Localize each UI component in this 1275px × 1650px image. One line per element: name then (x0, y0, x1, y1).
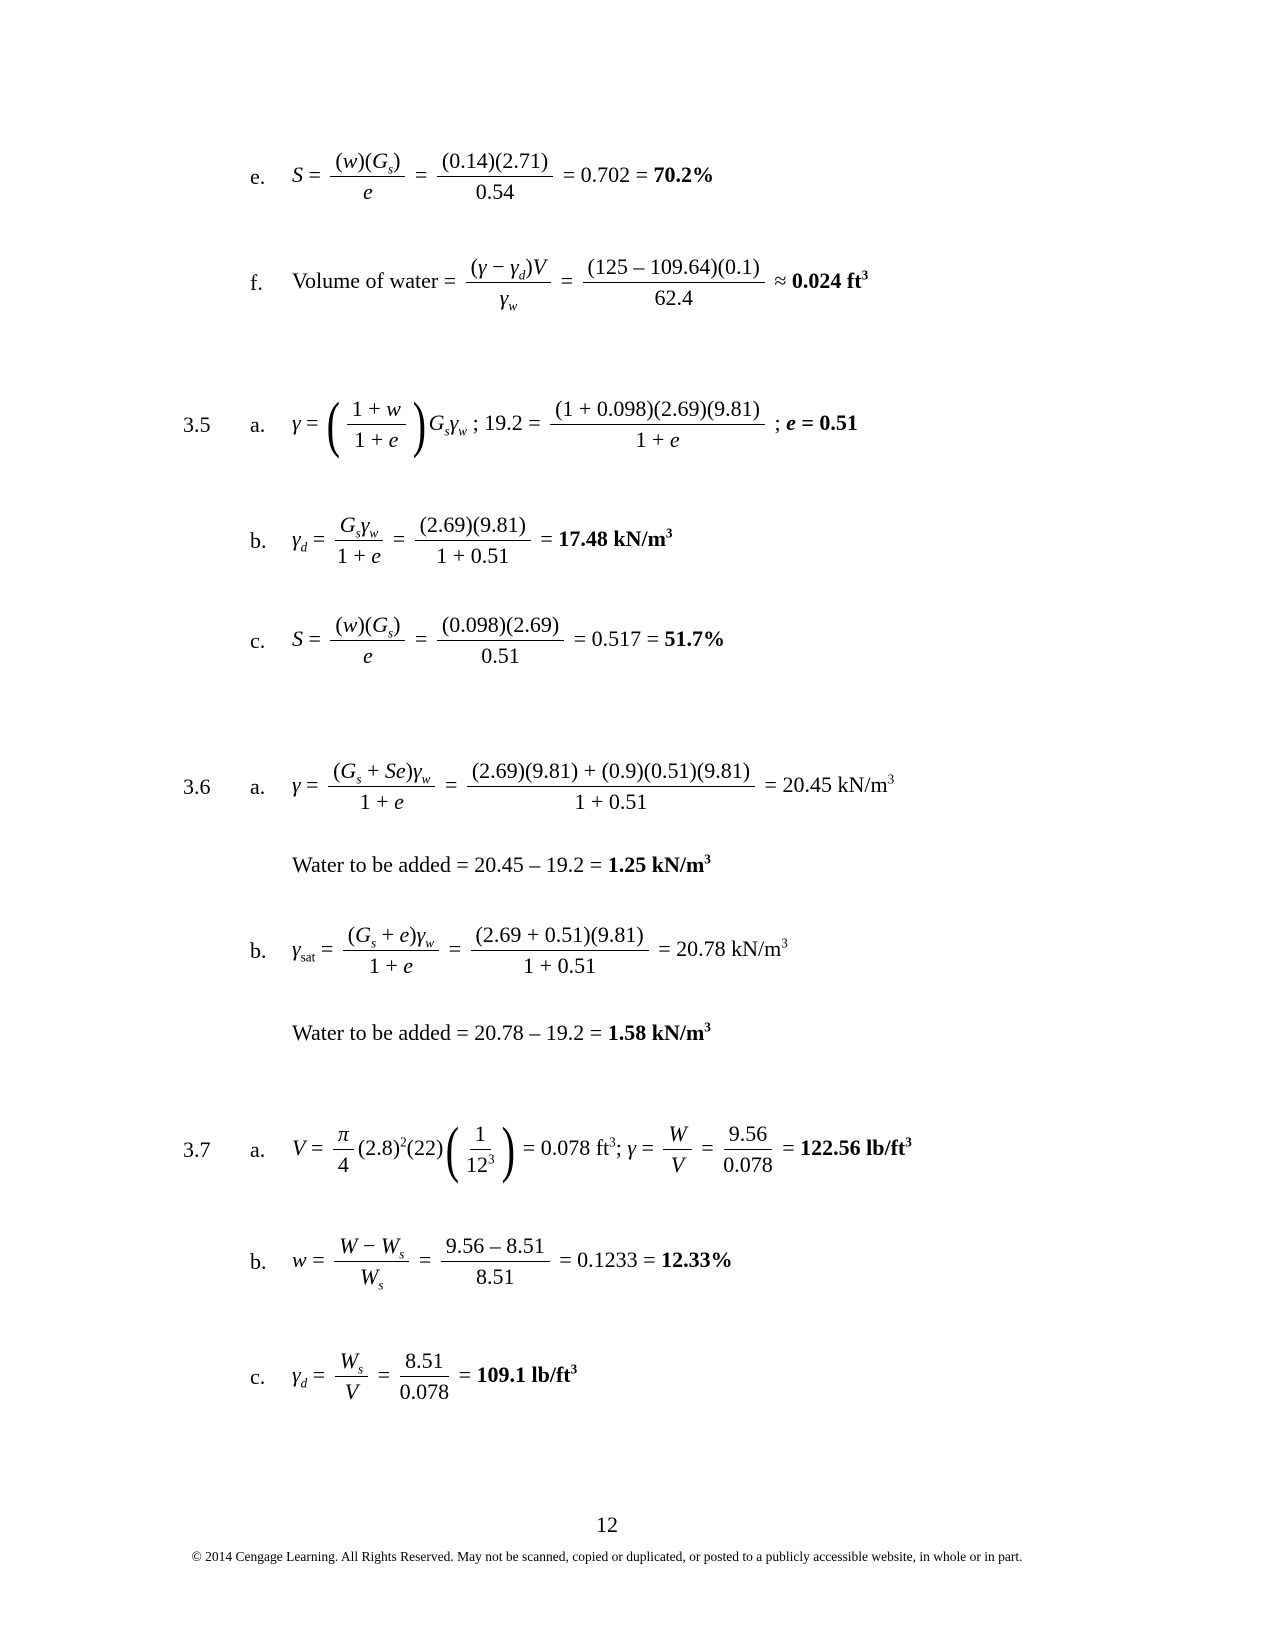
problem-number: 3.5 (183, 412, 250, 438)
equation-3-7-c: γd = WsV = 8.510.078 = 109.1 lb/ft3 (292, 1348, 577, 1406)
fraction: 9.560.078 (723, 1121, 773, 1179)
problem-number: 3.6 (183, 774, 250, 800)
fraction: (2.69)(9.81) + (0.9)(0.51)(9.81)1 + 0.51 (467, 758, 755, 816)
fraction: (0.098)(2.69)0.51 (437, 612, 564, 670)
item-letter: c. (250, 628, 292, 654)
fraction: (γ − γd)Vγw (466, 254, 551, 312)
solution-line-3-5-a: 3.5 a. γ = (1 + w1 + e)Gsγw ; 19.2 = (1 … (183, 396, 858, 454)
solution-line-f: f. Volume of water = (γ − γd)Vγw = (125 … (250, 254, 868, 312)
water-added-statement-2: Water to be added = 20.78 – 19.2 = 1.58 … (292, 1020, 711, 1046)
item-letter: b. (250, 938, 292, 964)
parenthesized-group: (1123) (443, 1121, 517, 1179)
solution-line-e: e. S = (w)(Gs)e = (0.14)(2.71)0.54 = 0.7… (250, 148, 714, 206)
equation-e: S = (w)(Gs)e = (0.14)(2.71)0.54 = 0.702 … (292, 148, 714, 206)
item-letter: a. (250, 774, 292, 800)
equation-3-5-a: γ = (1 + w1 + e)Gsγw ; 19.2 = (1 + 0.098… (292, 396, 858, 454)
parenthesized-group: (1 + w1 + e) (324, 396, 428, 454)
document-page: e. S = (w)(Gs)e = (0.14)(2.71)0.54 = 0.7… (0, 0, 1275, 1650)
equation-3-5-c: S = (w)(Gs)e = (0.098)(2.69)0.51 = 0.517… (292, 612, 725, 670)
solution-line-3-7-a: 3.7 a. V = π4(2.8)2(22)(1123) = 0.078 ft… (183, 1121, 912, 1179)
item-letter: e. (250, 164, 292, 190)
fraction: Gsγw1 + e (335, 512, 384, 570)
item-letter: f. (250, 270, 292, 296)
equation-3-7-a: V = π4(2.8)2(22)(1123) = 0.078 ft3; γ = … (292, 1121, 912, 1179)
fraction: (w)(Gs)e (330, 148, 405, 206)
solution-line-3-6-b: b. γsat = (Gs + e)γw1 + e = (2.69 + 0.51… (250, 922, 788, 980)
page-number: 12 (0, 1512, 1214, 1538)
solution-line-3-6-a: 3.6 a. γ = (Gs + Se)γw1 + e = (2.69)(9.8… (183, 758, 894, 816)
fraction: (1 + 0.098)(2.69)(9.81)1 + e (550, 396, 765, 454)
item-letter: c. (250, 1364, 292, 1390)
fraction: (2.69 + 0.51)(9.81)1 + 0.51 (471, 922, 649, 980)
solution-line-3-5-c: c. S = (w)(Gs)e = (0.098)(2.69)0.51 = 0.… (250, 612, 725, 670)
item-letter: a. (250, 412, 292, 438)
fraction: (w)(Gs)e (330, 612, 405, 670)
fraction: (Gs + e)γw1 + e (343, 922, 439, 980)
fraction: (125 – 109.64)(0.1)62.4 (583, 254, 765, 312)
equation-3-7-b: w = W − WsWs = 9.56 – 8.518.51 = 0.1233 … (292, 1233, 733, 1291)
copyright-footer: © 2014 Cengage Learning. All Rights Rese… (0, 1549, 1214, 1565)
problem-number: 3.7 (183, 1137, 250, 1163)
fraction: 1123 (466, 1121, 495, 1179)
equation-f: Volume of water = (γ − γd)Vγw = (125 – 1… (292, 254, 868, 312)
fraction: (0.14)(2.71)0.54 (437, 148, 553, 206)
fraction: π4 (333, 1121, 354, 1179)
solution-line-3-7-b: b. w = W − WsWs = 9.56 – 8.518.51 = 0.12… (250, 1233, 733, 1291)
item-letter: a. (250, 1137, 292, 1163)
note-line-water-2: Water to be added = 20.78 – 19.2 = 1.58 … (292, 1020, 711, 1046)
item-letter: b. (250, 1249, 292, 1275)
water-added-statement-1: Water to be added = 20.45 – 19.2 = 1.25 … (292, 852, 711, 878)
fraction: W − WsWs (334, 1233, 409, 1291)
fraction: 9.56 – 8.518.51 (441, 1233, 550, 1291)
note-line-water-1: Water to be added = 20.45 – 19.2 = 1.25 … (292, 852, 711, 878)
fraction: WV (663, 1121, 691, 1179)
solution-line-3-5-b: b. γd = Gsγw1 + e = (2.69)(9.81)1 + 0.51… (250, 512, 673, 570)
fraction: (Gs + Se)γw1 + e (328, 758, 435, 816)
fraction: 1 + w1 + e (347, 396, 406, 454)
fraction: WsV (335, 1348, 368, 1406)
solution-line-3-7-c: c. γd = WsV = 8.510.078 = 109.1 lb/ft3 (250, 1348, 577, 1406)
equation-3-5-b: γd = Gsγw1 + e = (2.69)(9.81)1 + 0.51 = … (292, 512, 673, 570)
fraction: (2.69)(9.81)1 + 0.51 (415, 512, 531, 570)
fraction: 8.510.078 (400, 1348, 450, 1406)
equation-3-6-b: γsat = (Gs + e)γw1 + e = (2.69 + 0.51)(9… (292, 922, 788, 980)
item-letter: b. (250, 528, 292, 554)
equation-3-6-a: γ = (Gs + Se)γw1 + e = (2.69)(9.81) + (0… (292, 758, 894, 816)
